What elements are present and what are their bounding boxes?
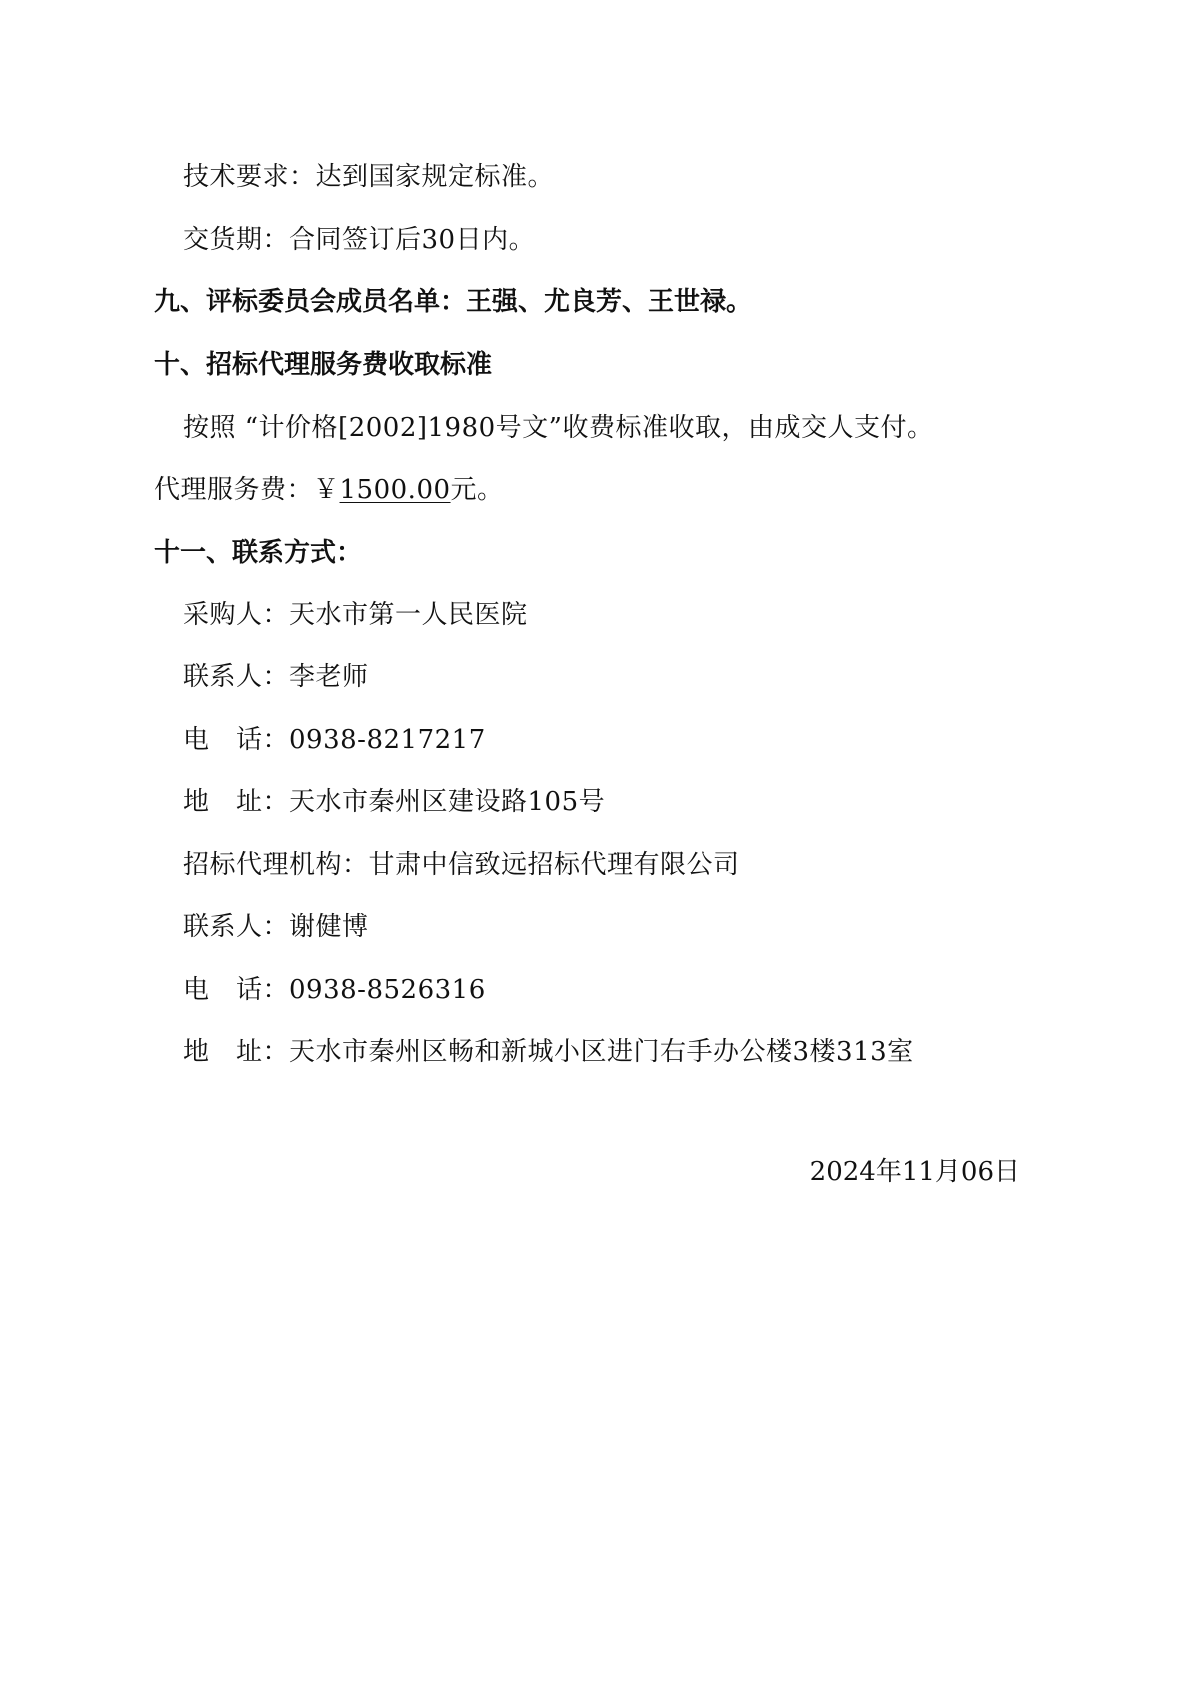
delivery-value: 合同签订后30日内。 (289, 225, 535, 255)
tech-requirement-value: 达到国家规定标准。 (316, 162, 555, 192)
purchaser-address-line: 地 址：天水市秦州区建设路105号 (183, 784, 605, 820)
agency-fee-amount: 1500.00 (340, 475, 451, 505)
purchaser-phone-value: 0938-8217217 (289, 725, 486, 755)
fee-basis-line: 按照 “计价格[2002]1980号文”收费标准收取，由成交人支付。 (183, 410, 933, 446)
agency-address-label: 地 址： (183, 1037, 289, 1067)
agency-label: 招标代理机构： (183, 850, 369, 880)
purchaser-label: 采购人： (183, 600, 289, 630)
document-page: 技术要求：达到国家规定标准。 交货期：合同签订后30日内。 九、评标委员会成员名… (0, 0, 1191, 1684)
agency-line: 招标代理机构：甘肃中信致远招标代理有限公司 (183, 847, 740, 883)
section-11-heading: 十一、联系方式： (154, 535, 362, 571)
purchaser-value: 天水市第一人民医院 (289, 600, 528, 630)
agency-contact-value: 谢健博 (289, 912, 369, 942)
agency-value: 甘肃中信致远招标代理有限公司 (369, 850, 740, 880)
agency-fee-label: 代理服务费：￥ (154, 475, 340, 505)
agency-contact-label: 联系人： (183, 912, 289, 942)
purchaser-phone-line: 电 话：0938-8217217 (183, 722, 486, 758)
purchaser-contact-label: 联系人： (183, 662, 289, 692)
section-10-heading: 十、招标代理服务费收取标准 (154, 347, 492, 383)
purchaser-contact-value: 李老师 (289, 662, 369, 692)
agency-fee-unit: 元。 (451, 475, 504, 505)
delivery-label: 交货期： (183, 225, 289, 255)
purchaser-address-value: 天水市秦州区建设路105号 (289, 787, 605, 817)
purchaser-line: 采购人：天水市第一人民医院 (183, 597, 528, 633)
agency-phone-label: 电 话： (183, 975, 289, 1005)
agency-address-line: 地 址：天水市秦州区畅和新城小区进门右手办公楼3楼313室 (183, 1034, 914, 1070)
tech-requirement-line: 技术要求：达到国家规定标准。 (183, 159, 554, 195)
document-date: 2024年11月06日 (810, 1154, 1020, 1190)
agency-contact-line: 联系人：谢健博 (183, 909, 369, 945)
agency-phone-value: 0938-8526316 (289, 975, 486, 1005)
purchaser-contact-line: 联系人：李老师 (183, 659, 369, 695)
purchaser-phone-label: 电 话： (183, 725, 289, 755)
agency-fee-line: 代理服务费：￥1500.00元。 (154, 472, 504, 508)
agency-phone-line: 电 话：0938-8526316 (183, 972, 486, 1008)
agency-address-value: 天水市秦州区畅和新城小区进门右手办公楼3楼313室 (289, 1037, 914, 1067)
purchaser-address-label: 地 址： (183, 787, 289, 817)
section-9-heading: 九、评标委员会成员名单：王强、尤良芳、王世禄。 (154, 284, 752, 320)
tech-requirement-label: 技术要求： (183, 162, 316, 192)
delivery-line: 交货期：合同签订后30日内。 (183, 222, 535, 258)
